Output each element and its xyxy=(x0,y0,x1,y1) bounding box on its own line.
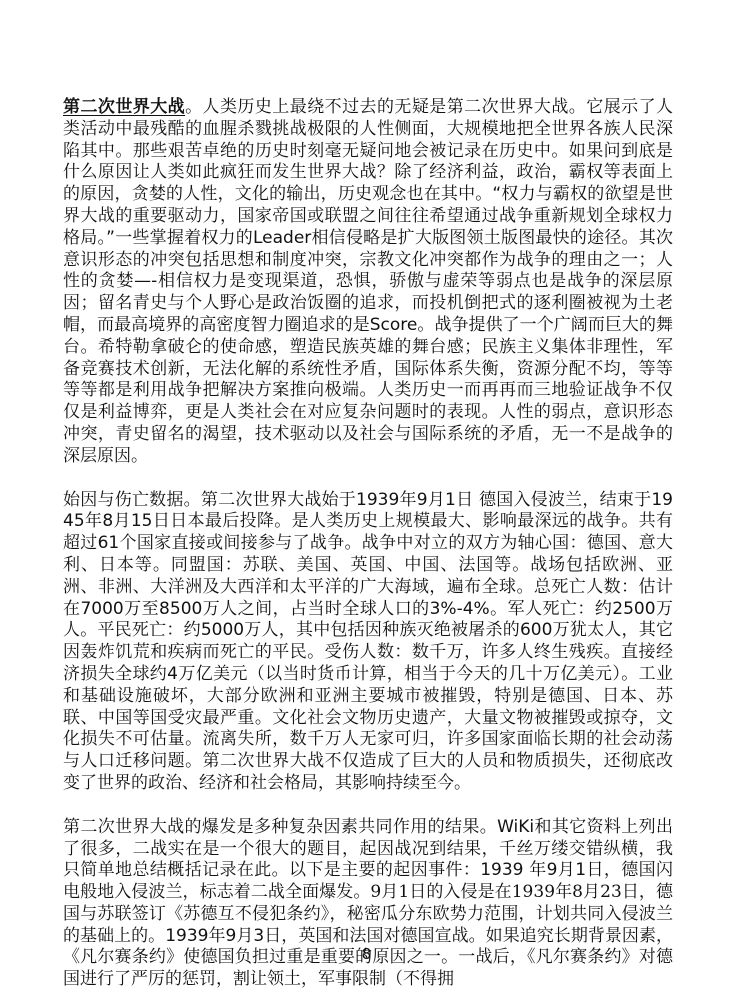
paragraph-war-causes: 第二次世界大战的爆发是多种复杂因素共同作用的结果。WiKi和其它资料上列出了很多… xyxy=(63,817,673,991)
page-number: 8 xyxy=(0,945,733,963)
paragraph-ww2-overview: 第二次世界大战。人类历史上最绕不过去的无疑是第二次世界大战。它展示了人类活动中最… xyxy=(63,97,673,468)
paragraph-lead-title: 第二次世界大战 xyxy=(63,97,185,117)
lead-punctuation: 。 xyxy=(185,97,202,117)
page-content: 第二次世界大战。人类历史上最绕不过去的无疑是第二次世界大战。它展示了人类活动中最… xyxy=(63,97,673,991)
paragraph-ww2-overview-text: 人类历史上最绕不过去的无疑是第二次世界大战。它展示了人类活动中最残酷的血腥杀戮挑… xyxy=(63,97,673,466)
paragraph-casualty-data: 始因与伤亡数据。第二次世界大战始于1939年9月1日 德国入侵波兰，结束于194… xyxy=(63,490,673,795)
document-page: 第二次世界大战。人类历史上最绕不过去的无疑是第二次世界大战。它展示了人类活动中最… xyxy=(0,0,733,1000)
paragraph-war-causes-serif-segment: 9月1日的入侵是在1939年8月23日 xyxy=(370,882,639,902)
